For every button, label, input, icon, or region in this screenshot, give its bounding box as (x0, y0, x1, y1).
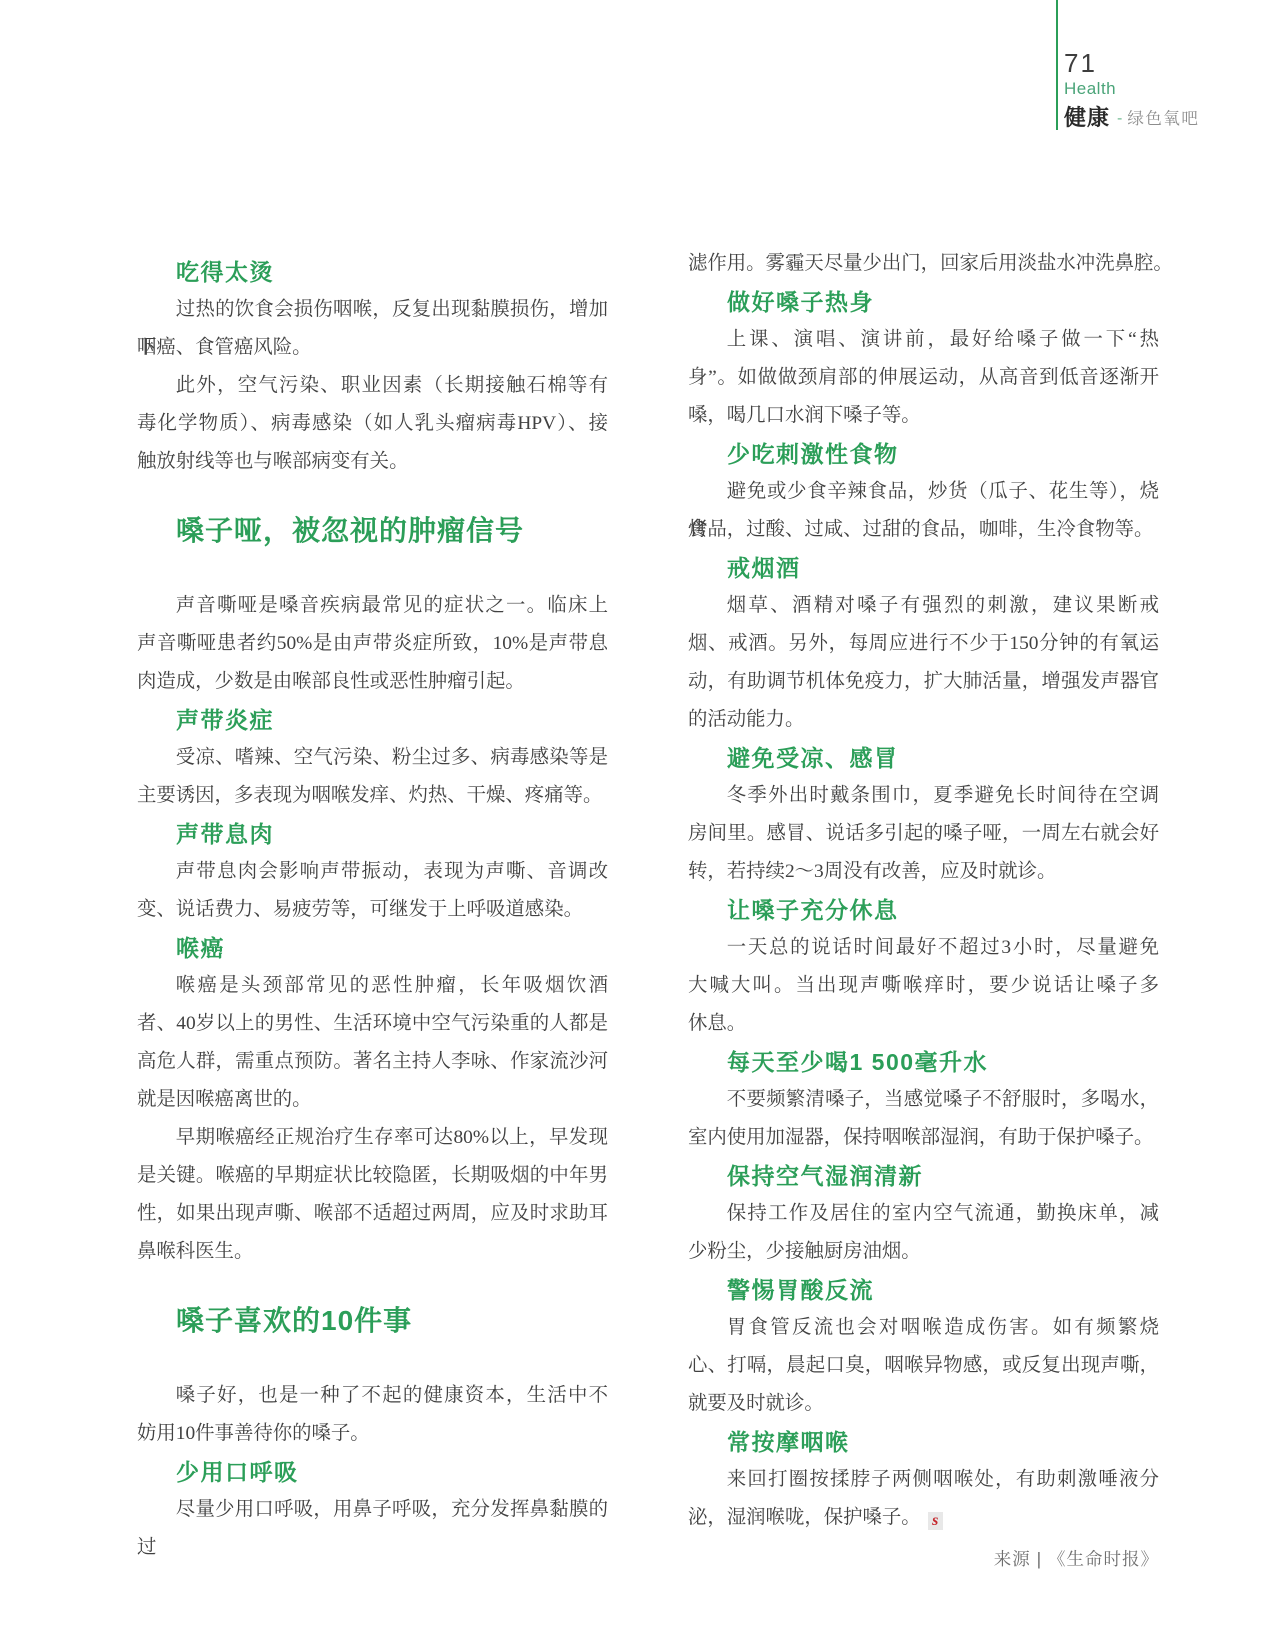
text-line: 声带息肉会影响声带振动，表现为声嘶、音调改 (137, 853, 608, 891)
text-line: 就是因喉癌离世的。 (137, 1081, 608, 1119)
topic-subheading: 少用口呼吸 (137, 1453, 608, 1491)
text-line: 大喊大叫。当出现声嘶喉痒时，要少说话让嗓子多 (688, 967, 1159, 1005)
text-line: 房间里。感冒、说话多引起的嗓子哑，一周左右就会好 (688, 815, 1159, 853)
text-line: 嗓子好，也是一种了不起的健康资本，生活中不 (137, 1377, 608, 1415)
end-of-article-icon: s (928, 1512, 943, 1530)
magazine-page: 71 Health 健康-绿色氧吧 吃得太烫过热的饮食会损伤咽喉，反复出现黏膜损… (0, 0, 1270, 1642)
text-line: 毒化学物质）、病毒感染（如人乳头瘤病毒HPV）、接 (137, 405, 608, 443)
topic-subheading: 吃得太烫 (137, 253, 608, 291)
body-paragraph: 避免或少食辛辣食品，炒货（瓜子、花生等），烧烤食品，过酸、过咸、过甜的食品，咖啡… (688, 473, 1159, 549)
text-line: 心、打嗝，晨起口臭，咽喉异物感，或反复出现声嘶， (688, 1347, 1159, 1385)
text-line: 此外，空气污染、职业因素（长期接触石棉等有 (137, 367, 608, 405)
header-divider-line (1056, 0, 1058, 130)
text-line: 一天总的说话时间最好不超过3小时，尽量避免 (688, 929, 1159, 967)
text-line: 身”。如做做颈肩部的伸展运动，从高音到低音逐渐开 (688, 359, 1159, 397)
left-text-column: 吃得太烫过热的饮食会损伤咽喉，反复出现黏膜损伤，增加下咽癌、食管癌风险。此外，空… (137, 253, 608, 1529)
text-line: 主要诱因，多表现为咽喉发痒、灼热、干燥、疼痛等。 (137, 777, 608, 815)
text-line: 室内使用加湿器，保持咽喉部湿润，有助于保护嗓子。 (688, 1119, 1159, 1157)
text-line: 休息。 (688, 1005, 1159, 1043)
section-dash: - (1117, 110, 1122, 127)
body-paragraph: 此外，空气污染、职业因素（长期接触石棉等有毒化学物质）、病毒感染（如人乳头瘤病毒… (137, 367, 608, 481)
body-paragraph: 上课、演唱、演讲前，最好给嗓子做一下“热身”。如做做颈肩部的伸展运动，从高音到低… (688, 321, 1159, 435)
body-paragraph: 早期喉癌经正规治疗生存率可达80%以上，早发现是关键。喉癌的早期症状比较隐匿，长… (137, 1119, 608, 1271)
text-line: 不要频繁清嗓子，当感觉嗓子不舒服时，多喝水， (688, 1081, 1159, 1119)
body-paragraph: 过热的饮食会损伤咽喉，反复出现黏膜损伤，增加下咽癌、食管癌风险。 (137, 291, 608, 367)
text-line: 尽量少用口呼吸，用鼻子呼吸，充分发挥鼻黏膜的过 (137, 1491, 608, 1529)
text-line: 嗓，喝几口水润下嗓子等。 (688, 397, 1159, 435)
text-line: 胃食管反流也会对咽喉造成伤害。如有频繁烧 (688, 1309, 1159, 1347)
text-line: 避免或少食辛辣食品，炒货（瓜子、花生等），烧烤 (688, 473, 1159, 511)
body-paragraph: 不要频繁清嗓子，当感觉嗓子不舒服时，多喝水，室内使用加湿器，保持咽喉部湿润，有助… (688, 1081, 1159, 1157)
text-line: 高危人群，需重点预防。著名主持人李咏、作家流沙河 (137, 1043, 608, 1081)
topic-subheading: 让嗓子充分休息 (688, 891, 1159, 929)
section-name-zh: 健康 (1064, 105, 1110, 130)
section-title: 嗓子哑，被忽视的肿瘤信号 (137, 509, 608, 553)
topic-subheading: 警惕胃酸反流 (688, 1271, 1159, 1309)
text-line: 性，如果出现声嘶、喉部不适超过两周，应及时求助耳 (137, 1195, 608, 1233)
topic-subheading: 避免受凉、感冒 (688, 739, 1159, 777)
text-line: 就要及时就诊。 (688, 1385, 1159, 1423)
body-paragraph: 滤作用。雾霾天尽量少出门，回家后用淡盐水冲洗鼻腔。 (688, 245, 1159, 283)
text-line: 过热的饮食会损伤咽喉，反复出现黏膜损伤，增加下 (137, 291, 608, 329)
body-paragraph: 声音嘶哑是嗓音疾病最常见的症状之一。临床上声音嘶哑患者约50%是由声带炎症所致，… (137, 587, 608, 701)
topic-subheading: 常按摩咽喉 (688, 1423, 1159, 1461)
text-line: 喉癌是头颈部常见的恶性肿瘤，长年吸烟饮酒 (137, 967, 608, 1005)
text-line: 者、40岁以上的男性、生活环境中空气污染重的人都是 (137, 1005, 608, 1043)
section-name-row: 健康-绿色氧吧 (1064, 101, 1199, 132)
text-line: 滤作用。雾霾天尽量少出门，回家后用淡盐水冲洗鼻腔。 (688, 245, 1159, 283)
topic-subheading: 做好嗓子热身 (688, 283, 1159, 321)
body-paragraph: 冬季外出时戴条围巾，夏季避免长时间待在空调房间里。感冒、说话多引起的嗓子哑，一周… (688, 777, 1159, 891)
text-line: 的活动能力。 (688, 701, 1159, 739)
text-line: 上课、演唱、演讲前，最好给嗓子做一下“热 (688, 321, 1159, 359)
body-paragraph: 尽量少用口呼吸，用鼻子呼吸，充分发挥鼻黏膜的过 (137, 1491, 608, 1529)
body-paragraph: 胃食管反流也会对咽喉造成伤害。如有频繁烧心、打嗝，晨起口臭，咽喉异物感，或反复出… (688, 1309, 1159, 1423)
text-line: 受凉、嗜辣、空气污染、粉尘过多、病毒感染等是 (137, 739, 608, 777)
body-paragraph: 嗓子好，也是一种了不起的健康资本，生活中不妨用10件事善待你的嗓子。 (137, 1377, 608, 1453)
topic-subheading: 喉癌 (137, 929, 608, 967)
text-line: 转，若持续2～3周没有改善，应及时就诊。 (688, 853, 1159, 891)
text-line: 烟草、酒精对嗓子有强烈的刺激，建议果断戒 (688, 587, 1159, 625)
topic-subheading: 少吃刺激性食物 (688, 435, 1159, 473)
section-name-en: Health (1064, 80, 1116, 97)
text-line: 声音嘶哑是嗓音疾病最常见的症状之一。临床上 (137, 587, 608, 625)
body-paragraph: 保持工作及居住的室内空气流通，勤换床单，减少粉尘，少接触厨房油烟。 (688, 1195, 1159, 1271)
body-paragraph: 一天总的说话时间最好不超过3小时，尽量避免大喊大叫。当出现声嘶喉痒时，要少说话让… (688, 929, 1159, 1043)
text-line: 食品，过酸、过咸、过甜的食品，咖啡，生冷食物等。 (688, 511, 1159, 549)
topic-subheading: 声带炎症 (137, 701, 608, 739)
body-paragraph: 喉癌是头颈部常见的恶性肿瘤，长年吸烟饮酒者、40岁以上的男性、生活环境中空气污染… (137, 967, 608, 1119)
text-line: 咽癌、食管癌风险。 (137, 329, 608, 367)
text-line: 变、说话费力、易疲劳等，可继发于上呼吸道感染。 (137, 891, 608, 929)
right-text-column: 滤作用。雾霾天尽量少出门，回家后用淡盐水冲洗鼻腔。做好嗓子热身上课、演唱、演讲前… (688, 245, 1159, 1577)
section-tagline: 绿色氧吧 (1127, 110, 1199, 128)
text-line: 保持工作及居住的室内空气流通，勤换床单，减 (688, 1195, 1159, 1233)
text-line: 来回打圈按揉脖子两侧咽喉处，有助刺激唾液分 (688, 1461, 1159, 1499)
page-number: 71 (1064, 50, 1097, 76)
text-line: 动，有助调节机体免疫力，扩大肺活量，增强发声器官 (688, 663, 1159, 701)
body-paragraph: 烟草、酒精对嗓子有强烈的刺激，建议果断戒烟、戒酒。另外，每周应进行不少于150分… (688, 587, 1159, 739)
body-paragraph: 受凉、嗜辣、空气污染、粉尘过多、病毒感染等是主要诱因，多表现为咽喉发痒、灼热、干… (137, 739, 608, 815)
text-line: 妨用10件事善待你的嗓子。 (137, 1415, 608, 1453)
topic-subheading: 保持空气湿润清新 (688, 1157, 1159, 1195)
text-line: 烟、戒酒。另外，每周应进行不少于150分钟的有氧运 (688, 625, 1159, 663)
body-paragraph: 声带息肉会影响声带振动，表现为声嘶、音调改变、说话费力、易疲劳等，可继发于上呼吸… (137, 853, 608, 929)
body-paragraph: 来回打圈按揉脖子两侧咽喉处，有助刺激唾液分泌，湿润喉咙，保护嗓子。s (688, 1461, 1159, 1537)
text-line: 声音嘶哑患者约50%是由声带炎症所致，10%是声带息 (137, 625, 608, 663)
topic-subheading: 戒烟酒 (688, 549, 1159, 587)
section-title: 嗓子喜欢的10件事 (137, 1299, 608, 1343)
topic-subheading: 声带息肉 (137, 815, 608, 853)
text-line: 早期喉癌经正规治疗生存率可达80%以上，早发现 (137, 1119, 608, 1157)
topic-subheading: 每天至少喝1 500毫升水 (688, 1043, 1159, 1081)
text-line: 肉造成，少数是由喉部良性或恶性肿瘤引起。 (137, 663, 608, 701)
source-credit: 来源 | 《生命时报》 (688, 1541, 1159, 1577)
text-line: 少粉尘，少接触厨房油烟。 (688, 1233, 1159, 1271)
text-line: 触放射线等也与喉部病变有关。 (137, 443, 608, 481)
text-line: 鼻喉科医生。 (137, 1233, 608, 1271)
text-line: 泌，湿润喉咙，保护嗓子。s (688, 1499, 1159, 1537)
text-line: 冬季外出时戴条围巾，夏季避免长时间待在空调 (688, 777, 1159, 815)
text-line: 是关键。喉癌的早期症状比较隐匿，长期吸烟的中年男 (137, 1157, 608, 1195)
